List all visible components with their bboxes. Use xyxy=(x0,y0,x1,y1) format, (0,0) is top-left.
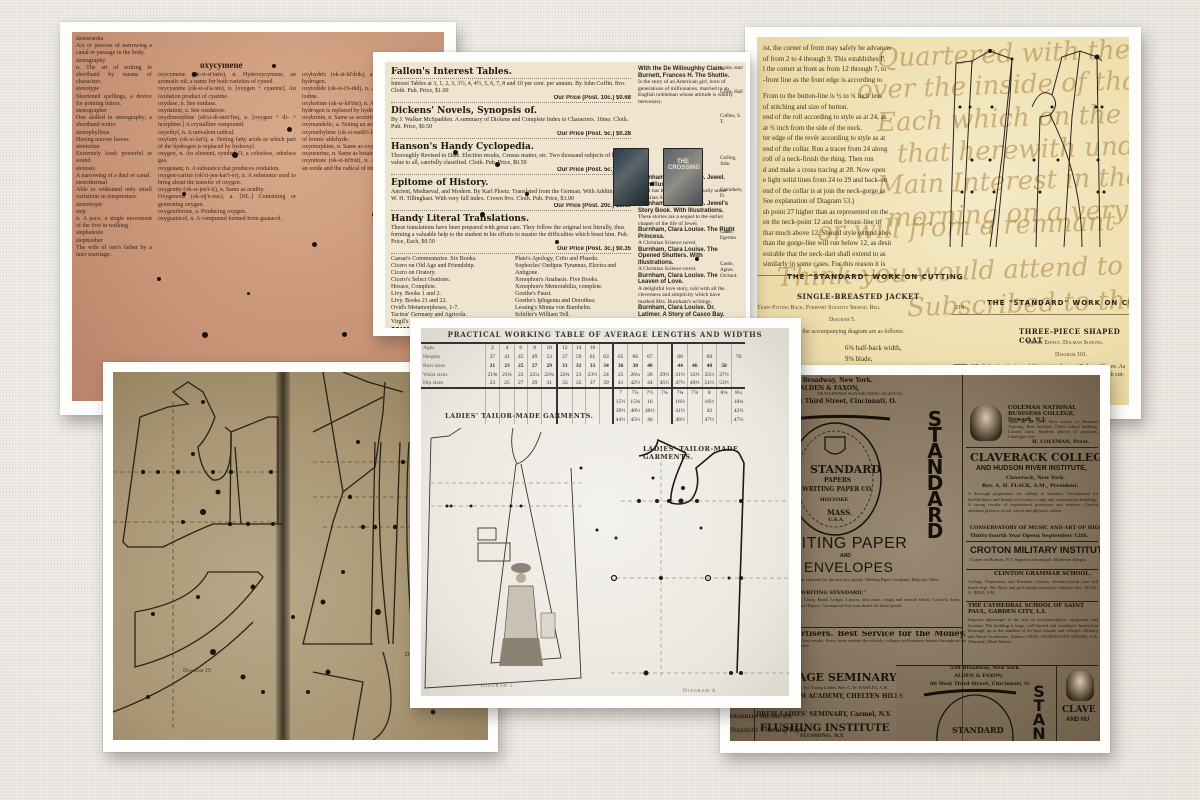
text-line: than the gorge-line will run below 12, a… xyxy=(763,238,891,249)
text-line: From to the button-line is ½ to ¾ inch l… xyxy=(763,91,891,102)
ad-address: 530 Broadway, New York. xyxy=(950,665,1021,671)
side-name: Caine, Hall xyxy=(720,66,744,72)
ad-agent-name: ALDEN & FAXON, xyxy=(800,385,859,392)
catalog-entry-title: Dickens' Novels, Synopsis of. xyxy=(391,105,631,117)
table-cell: 39½ xyxy=(613,406,628,415)
ad-agent-name: ALDEN & FAXON, xyxy=(954,673,1003,679)
table-cell: 7 xyxy=(613,388,628,397)
table-cell xyxy=(657,352,672,361)
classics-item: Goethe's Faust. xyxy=(515,291,631,298)
dict-entry: oxycyanine (ok-si-si'a-nin), n. [oxygen … xyxy=(158,86,296,100)
ink-splatter xyxy=(695,257,699,261)
catalog-entry-title: Hanson's Handy Cyclopedia. xyxy=(391,141,631,153)
text-line: end of the collar. Run a tracer from 24 … xyxy=(763,144,891,155)
table-cell: 31½ xyxy=(672,370,687,379)
table-cell: 12 xyxy=(557,343,572,352)
table-cell: 41 xyxy=(613,379,628,388)
table-cell xyxy=(572,388,585,397)
table-cell: 36 xyxy=(613,361,628,370)
table-cell: 8¼ xyxy=(731,388,745,397)
book-catalog-card: Fallon's Interest Tables. Interest Table… xyxy=(373,52,750,336)
dictionary-column-1: stenocardia Act or process of narrowing … xyxy=(76,36,152,397)
text-line: en the neck-point 12 and the breast-line… xyxy=(763,217,891,228)
table-cell: 31 xyxy=(542,379,557,388)
dict-entry: oxycymene (ok-si-si'mēn), n. Hydroxycyme… xyxy=(158,72,296,86)
text-line: l the corner at front as from 12 through… xyxy=(763,64,891,75)
classics-item: Lessing's Minna von Barnhelm. xyxy=(515,305,631,312)
table-cell: 48 xyxy=(702,361,717,370)
table-row: Bust sizes 21 23 25 27 29 31 32 33 34 36… xyxy=(421,361,745,370)
table-row: Ages 2 4 6 8 10 12 14 16 xyxy=(421,343,745,352)
table-cell: 23 xyxy=(485,379,500,388)
croton-location: Croton on Hudson, N.Y. Superior advantag… xyxy=(970,557,1098,563)
measure-item: 6⅝ half-back width, xyxy=(845,343,905,354)
side-name: Carling, John xyxy=(720,156,744,168)
table-cell: 35½ xyxy=(702,370,717,379)
table-cell: 32 xyxy=(572,361,585,370)
coat-diagram-label: Diagram 101. xyxy=(1055,352,1088,358)
catalog-entry-body: Thoroughly Revised to Date. Election res… xyxy=(391,153,631,167)
logo-badge-text: PAPERS xyxy=(824,477,851,484)
ink-splatter xyxy=(202,332,208,338)
logo-badge-text: WRITING PAPER CO. xyxy=(802,486,873,493)
row-label: Hip sizes xyxy=(421,379,485,388)
section-rule xyxy=(966,541,1098,542)
tailor-measurement-table-image: PRACTICAL WORKING TABLE OF AVERAGE LENGT… xyxy=(421,328,789,696)
table-cell: 22 xyxy=(514,370,527,379)
table-cell xyxy=(527,388,542,397)
cutting-instructions-text: ist, the corner of front may safely be a… xyxy=(763,43,891,270)
text-line: ter edge of the revér according to style… xyxy=(763,133,891,144)
table-cell: 21¾ xyxy=(500,370,515,379)
dict-entry: oxyfatty (ok-si-fat'i), a. Noting fatty … xyxy=(158,137,296,151)
clinton-body: College, Preparatory and Business Course… xyxy=(968,579,1098,599)
text-line: sh point 27 higher than as represented o… xyxy=(763,207,891,218)
table-cell: 51½ xyxy=(702,379,717,388)
dict-entry: stephanotis xyxy=(76,230,152,237)
dict-entry: oxygen, n. An element, symbol O, a color… xyxy=(158,151,296,165)
table-cell xyxy=(628,343,643,352)
claverack-college-headline: CLAVERACK COLLEGE xyxy=(970,451,1100,464)
table-cell xyxy=(485,388,500,397)
side-name: Orchard. xyxy=(720,274,744,280)
table-cell: 40½ xyxy=(643,406,658,415)
table-row: 15½ 15¾ 16 16½ 16½ 16¾ xyxy=(421,397,745,406)
jacket-title: SINGLE-BREASTED JACKET xyxy=(797,292,920,301)
table-cell: 42½ xyxy=(628,379,643,388)
tailoring-handwriting-image: Quartered with the one alone over the in… xyxy=(757,37,1129,405)
table-cell: 23½ xyxy=(585,370,600,379)
table-cell: 7½ xyxy=(643,388,658,397)
table-cell: 16¾ xyxy=(731,397,745,406)
catalog-entry-body: These translations have been prepared wi… xyxy=(391,225,631,246)
table-cell: 45 xyxy=(514,352,527,361)
dict-entry: stenography xyxy=(76,58,152,65)
catalog-entry-body: By J. Walker McSpadden. A summary of Dic… xyxy=(391,117,631,131)
ad-body: Ask your stationer for the new box goods… xyxy=(774,577,954,583)
hudson-river-institute-headline: AND HUDSON RIVER INSTITUTE, xyxy=(976,465,1087,472)
text-line: at ¾ inch from the side of the neck. xyxy=(763,123,891,134)
tailoring-handwriting-card: Quartered with the one alone over the in… xyxy=(745,27,1141,419)
claverack-president: Rev. A. H. FLACK, A.M., President. xyxy=(982,483,1079,489)
table-cell: 44 xyxy=(672,361,687,370)
table-cell: 7¾ xyxy=(657,388,672,397)
victorian-lady-illustration xyxy=(499,563,555,666)
text-line: of from 2 to 4 through 9. This establish… xyxy=(763,54,891,65)
table-cell: 31 xyxy=(557,361,572,370)
table-cell: 66 xyxy=(628,352,643,361)
ink-splatter xyxy=(157,277,161,281)
table-cell: 4 xyxy=(500,343,515,352)
table-cell: 41½ xyxy=(672,406,687,415)
table-cell: 29 xyxy=(542,361,557,370)
table-cell: 37½ xyxy=(717,370,732,379)
text-line: end of the collar is at join the neck-go… xyxy=(763,186,891,197)
logo-badge-text: MASS. xyxy=(827,508,852,517)
table-cell: 40½ xyxy=(628,406,643,415)
table-cell: 26¼ xyxy=(628,370,643,379)
table-cell: 69 xyxy=(702,352,717,361)
table-cell: 27 xyxy=(527,361,542,370)
table-cell: 2 xyxy=(485,343,500,352)
clinton-grammar-headline: CLINTON GRAMMAR SCHOOL. xyxy=(994,571,1091,577)
table-cell: 35 xyxy=(572,379,585,388)
table-cell: 45½ xyxy=(628,415,643,424)
ink-splatter xyxy=(525,192,529,196)
bodice-pattern-drawing xyxy=(932,37,1129,257)
book-catalog-image: Fallon's Interest Tables. Interest Table… xyxy=(385,62,746,328)
dict-entry: oxygeniferous, a. Producing oxygen. xyxy=(158,209,296,216)
classics-item: Cicero's Select Orations. xyxy=(391,277,507,284)
envelopes-headline: ENVELOPES xyxy=(804,559,893,575)
claverack-body: A thorough preparation for college or bu… xyxy=(968,491,1098,513)
dict-entry: oxydase, n. See oxidase. xyxy=(158,101,296,108)
side-name: Carruthers, D. xyxy=(720,188,744,200)
dict-entry: oxyguaiacol, n. A compound formed from g… xyxy=(158,216,296,223)
table-cell xyxy=(731,343,745,352)
table-cell: 8 xyxy=(702,388,717,397)
novel-entry: Burnham, Clara Louise. Dr. Latimer. A St… xyxy=(638,305,738,318)
table-cell xyxy=(500,388,515,397)
table-row: Waist sizes 21⅝ 21¾ 22 22¼ 22¾ 22¾ 23 23… xyxy=(421,370,745,379)
ink-splatter xyxy=(342,332,347,337)
dict-entry: stenotropic xyxy=(76,202,152,209)
side-name: Caine, Hall xyxy=(720,90,744,96)
table-cell: 49 xyxy=(527,352,542,361)
dict-entry: stenophyllous xyxy=(76,130,152,137)
standard-vertical-logo: STANDARD xyxy=(926,411,946,539)
table-cell xyxy=(702,343,717,352)
tailor-made-garment-pattern xyxy=(421,428,789,696)
table-cell: 68 xyxy=(672,352,687,361)
table-cell: 6 xyxy=(514,343,527,352)
table-cell: 25 xyxy=(613,370,628,379)
catalog-entry-title: Handy Literal Translations. xyxy=(391,213,631,225)
table-cell: 7¼ xyxy=(628,388,643,397)
text-line: -front line as the front edge is accordi… xyxy=(763,75,891,86)
table-cell: 42½ xyxy=(731,406,745,415)
table-cell: 23 xyxy=(500,361,515,370)
table-cell: 16½ xyxy=(702,397,717,406)
table-cell: 37 xyxy=(585,379,600,388)
classics-item: Goethe's Iphigenia and Dorothea. xyxy=(515,298,631,305)
table-cell xyxy=(657,343,672,352)
table-cell: 27 xyxy=(514,379,527,388)
table-cell: 49½ xyxy=(687,379,702,388)
table-cell: 7⅞ xyxy=(687,388,702,397)
table-cell: 59 xyxy=(572,352,585,361)
standard-logo-letters: STANDARD xyxy=(1032,685,1046,741)
classics-item: Xenophon's Memorabilia, complete. xyxy=(515,284,631,291)
croton-military-institute-headline: CROTON MILITARY INSTITUTE, xyxy=(970,545,1100,556)
standard-vertical-logo: STANDARD xyxy=(1032,685,1052,741)
classics-item: Caesar's Commentaries. Six Books. xyxy=(391,256,507,263)
row-label: Heights xyxy=(421,352,485,361)
page-rule xyxy=(952,314,1129,315)
ink-splatter xyxy=(182,192,186,196)
book-running-head: THE "STANDARD" WORK ON CUTTING xyxy=(987,299,1129,307)
table-cell: 21 xyxy=(485,361,500,370)
text-line: e light solid lines from 24 to 29 and ba… xyxy=(763,175,891,186)
logo-badge-text: HOLYOKE xyxy=(820,497,848,503)
table-cell: 33 xyxy=(585,361,600,370)
diagram-label: Diagram 15 xyxy=(183,668,211,674)
column-rule xyxy=(1056,665,1057,741)
term-opening-line: Thirty-fourth Year Opens September 12th. xyxy=(970,533,1089,539)
table-cell: 50 xyxy=(717,361,732,370)
catalog-entry-body: Interest Tables at 3, 1, 2, 3, 3½, 4, 4½… xyxy=(391,81,631,95)
table-cell xyxy=(687,343,702,352)
classics-item: Livy. Books 1 and 2. xyxy=(391,291,507,298)
table-cell: 28 xyxy=(643,370,658,379)
table-cell: 44½ xyxy=(613,415,628,424)
table-row: Heights 37 41 45 49 53 57 59 61 63 65 66… xyxy=(421,352,745,361)
table-cell xyxy=(613,343,628,352)
catalog-price: Our Price (Post. 5c.) $0.28 xyxy=(557,131,631,138)
text-line: roll of a neck-finish the thing. Then ru… xyxy=(763,154,891,165)
ink-splatter xyxy=(247,292,250,295)
franklin-square-line: FRANKLIN SQUARE N.Y. xyxy=(730,715,792,720)
logo-badge-text: STANDARD xyxy=(810,463,881,476)
table-cell: 42 xyxy=(702,406,717,415)
classics-item: Cicero on Oratory. xyxy=(391,270,507,277)
dict-entry: stenosis xyxy=(76,166,152,173)
table-cell: 67 xyxy=(643,352,658,361)
book-illustration: THE CROSSING xyxy=(663,148,703,206)
table-cell: 41 xyxy=(500,352,515,361)
table-cell: 14 xyxy=(572,343,585,352)
table-cell: 15½ xyxy=(613,397,628,406)
section-rule xyxy=(966,447,1098,448)
cathedral-school-headline: THE CATHEDRAL SCHOOL OF SAINT PAUL, GARD… xyxy=(968,603,1098,615)
table-cell: 22¼ xyxy=(527,370,542,379)
text-line: d and make a cross tracing at 28. Now op… xyxy=(763,165,891,176)
portrait-engraving xyxy=(1066,671,1094,701)
book-cover-title: THE CROSSING xyxy=(668,159,698,171)
table-cell: 70 xyxy=(731,352,745,361)
table-cell: 16½ xyxy=(672,397,687,406)
catalog-entry-title: Fallon's Interest Tables. xyxy=(391,67,512,77)
cathedral-body: Superior advantages in the way of accomm… xyxy=(968,617,1098,665)
measurement-table-title: PRACTICAL WORKING TABLE OF AVERAGE LENGT… xyxy=(421,330,789,339)
table-cell: 65 xyxy=(613,352,628,361)
logo-badge-text: STANDARD xyxy=(952,725,1004,735)
dict-entry: Oxygenous (ok-sij'e-nus), a. [NL.] Conta… xyxy=(158,194,296,208)
table-cell: 25 xyxy=(514,361,527,370)
catalog-entry: Fallon's Interest Tables. xyxy=(391,66,631,79)
table-cell: 22¾ xyxy=(542,370,557,379)
table-cell: 61 xyxy=(585,352,600,361)
side-name: Collins, S. T. xyxy=(720,114,744,126)
ink-splatter xyxy=(480,212,485,217)
table-cell: 16 xyxy=(643,397,658,406)
table-cell: 63 xyxy=(600,352,613,361)
table-cell: 33 xyxy=(557,379,572,388)
ink-splatter xyxy=(232,152,238,158)
section-rule xyxy=(966,601,1098,602)
table-cell xyxy=(600,388,613,397)
dict-entry: oxyethyl, n. A univalent radical. xyxy=(158,130,296,137)
table-cell: 23 xyxy=(572,370,585,379)
table-cell xyxy=(542,388,557,397)
dict-entry: stenothermal xyxy=(76,180,152,187)
catalog-side-column: Caine, Hall Caine, Hall Collins, S. T. C… xyxy=(720,66,744,306)
ink-splatter xyxy=(272,64,276,68)
table-cell xyxy=(731,370,745,379)
table-cell xyxy=(687,352,702,361)
text-line: similarly in some cases. For this reason… xyxy=(763,259,891,270)
section-label: LADIES' TAILOR-MADE GARMENTS. xyxy=(445,412,593,420)
classics-item: Horace, Complete. xyxy=(391,284,507,291)
classics-item: Livy. Books 21 and 22. xyxy=(391,298,507,305)
claverack-location: Claverack, New York. xyxy=(1006,475,1065,481)
ink-splatter xyxy=(453,150,458,155)
table-cell: 29 xyxy=(527,379,542,388)
table-row: Hip sizes 23 25 27 29 31 33 35 37 39 41 … xyxy=(421,379,745,388)
diagram-label: Diagram A xyxy=(683,688,716,694)
table-cell xyxy=(514,388,527,397)
table-cell: 10 xyxy=(542,343,557,352)
measure-item: 9⅝ blade, xyxy=(845,354,905,365)
table-cell: 53 xyxy=(542,352,557,361)
jacket-subtitle: Tight-Fitting Back. Forepart Slightly Sh… xyxy=(757,305,881,311)
text-line: esirable that the neck-dart shall extend… xyxy=(763,249,891,260)
row-label: Waist sizes xyxy=(421,370,485,379)
coat-subtitle: Empire Effect. Dolman Sleeves. xyxy=(1027,340,1103,346)
dict-entry: stenographer xyxy=(76,108,152,115)
section-rule xyxy=(966,569,1098,570)
table-cell: 46 xyxy=(643,415,658,424)
catalog-entry-body: Ancient, Mediaeval, and Modern. By Karl … xyxy=(391,189,631,203)
table-cell: 46½ xyxy=(672,415,687,424)
classics-item: Xenophon's Anabasis. Five Books. xyxy=(515,277,631,284)
table-cell xyxy=(731,379,745,388)
table-cell: 45½ xyxy=(657,379,672,388)
table-cell: 40 xyxy=(643,361,658,370)
portrait-engraving xyxy=(970,405,1002,441)
table-cell xyxy=(717,352,732,361)
table-cell: 15¾ xyxy=(628,397,643,406)
logo-badge-text: U.S.A. xyxy=(828,517,844,523)
text-line: ist, the corner of front may safely be a… xyxy=(763,43,891,54)
catalog-price: Our Price (Post. 3c.) $0.35 xyxy=(557,246,631,253)
coleman-body: Open all the year. Best course of Busine… xyxy=(1008,419,1098,439)
table-cell xyxy=(717,343,732,352)
table-cell: 47½ xyxy=(731,415,745,424)
table-cell xyxy=(731,361,745,370)
tailor-measurement-table-card: PRACTICAL WORKING TABLE OF AVERAGE LENGT… xyxy=(410,318,801,708)
book-running-head: THE "STANDARD" WORK ON CUTTING xyxy=(787,273,963,281)
table-cell xyxy=(600,343,613,352)
side-name: Castle, Agnes xyxy=(720,262,744,274)
classics-item: Plato's Apology, Crito and Phaedo. xyxy=(515,256,631,263)
row-label xyxy=(421,388,485,397)
table-cell: 33½ xyxy=(687,370,702,379)
dict-entry: oxygenant, n. A substance that produces … xyxy=(158,166,296,173)
headline-fragment: AND HU xyxy=(1066,717,1089,723)
coleman-signature: H. COLEMAN, Prest. xyxy=(1032,439,1089,445)
table-cell: 39 xyxy=(600,379,613,388)
diagram-label: Diagram I xyxy=(481,683,513,689)
headline-fragment: CLAVE xyxy=(1062,705,1096,715)
row-label xyxy=(421,397,485,406)
jacket-diagram-label: Diagram 5. xyxy=(829,317,856,323)
dict-entry: oxydimorphine (ok'si-di-mōr'fin), n. [ox… xyxy=(158,115,296,129)
table-cell: 47½ xyxy=(672,379,687,388)
ad-tagline: "WRITING STANDARD," xyxy=(798,590,866,596)
table-cell: 57 xyxy=(557,352,572,361)
side-name: Castle, Egerton xyxy=(720,230,744,242)
table-cell: 46 xyxy=(687,361,702,370)
text-line: See explanation of Diagram 53.) xyxy=(763,196,891,207)
table-cell: 24 xyxy=(600,370,613,379)
table-cell: 22¾ xyxy=(557,370,572,379)
table-cell xyxy=(643,343,658,352)
conservatory-line: CONSERVATORY OF MUSIC AND ART OF HIGH GR… xyxy=(970,525,1100,531)
table-cell xyxy=(672,343,687,352)
table-cell: 8 xyxy=(527,343,542,352)
dictionary-column-2: oxycymene (ok-si-si'mēn), n. Hydroxycyme… xyxy=(158,36,296,397)
table-cell xyxy=(657,361,672,370)
table-cell: 47½ xyxy=(702,415,717,424)
table-cell: 44 xyxy=(643,379,658,388)
table-cell: 37 xyxy=(485,352,500,361)
row-label: Bust sizes xyxy=(421,361,485,370)
standard-writing-paper-line: Standard " Writing Paper xyxy=(730,727,807,734)
text-line: of stitching and size of button. xyxy=(763,102,891,113)
table-row: 7 7¼ 7½ 7¾ 7¾ 7⅞ 8 8⅛ 8¼ xyxy=(421,388,745,397)
catalog-price: Our Price (Post. 10c.) $0.68 xyxy=(554,95,631,102)
classics-item: Cicero on Old Age and Friendship. xyxy=(391,263,507,270)
catalog-entry-title: Epitome of History. xyxy=(391,177,631,189)
table-cell xyxy=(585,388,600,397)
dict-entry: stenotype xyxy=(76,86,152,93)
dict-entry: oxygen-carrier (ok'si-jen-kar'i-ėr), n. … xyxy=(158,173,296,187)
classics-item: Ovid's Metamorphoses, 1-7. xyxy=(391,305,507,312)
classics-item: Sophocles' Oedipus Tyrannus, Electra and… xyxy=(515,263,631,277)
table-cell: 21⅝ xyxy=(485,370,500,379)
table-cell: 53½ xyxy=(717,379,732,388)
ink-splatter xyxy=(312,242,317,247)
text-line: that much above 12. Should style extend … xyxy=(763,228,891,239)
classics-list: Caesar's Commentaries. Six Books. Cicero… xyxy=(391,256,631,326)
dict-entry: step xyxy=(76,209,152,216)
dictionary-headword: oxycymene xyxy=(200,60,243,70)
table-cell: 29½ xyxy=(657,370,672,379)
page-number: 218 xyxy=(955,305,964,311)
table-cell: 8⅛ xyxy=(717,388,732,397)
dict-entry: stepmother xyxy=(76,238,152,245)
